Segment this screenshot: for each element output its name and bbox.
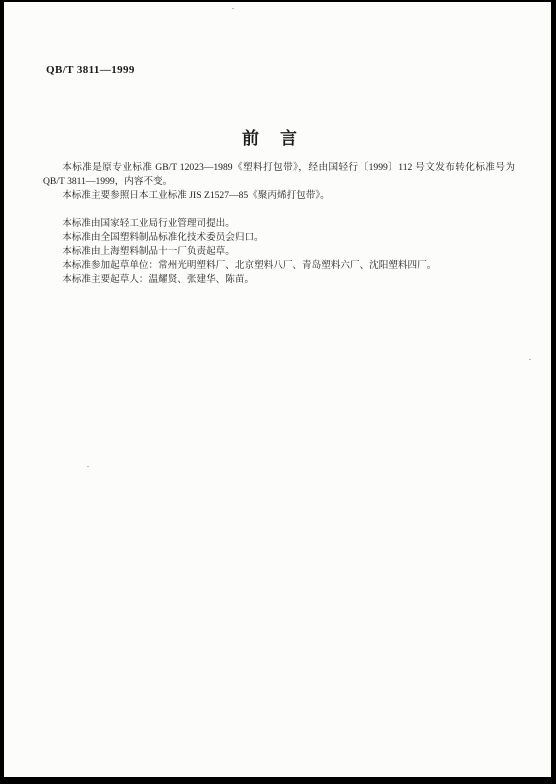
paragraph-centralized-by: 本标准由全国塑料制品标准化技术委员会归口。 — [43, 231, 515, 245]
paragraph-reference-note: 本标准主要参照日本工业标准 JIS Z1527—85《聚丙烯打包带》。 — [43, 189, 515, 203]
document-body: 本标准是原专业标准 GB/T 12023—1989《塑料打包带》，经由国轻行〔1… — [43, 161, 515, 287]
page-title: 前 言 — [4, 124, 537, 149]
paragraph-chief-drafters: 本标准主要起草人：温耀贤、张建华、陈苗。 — [43, 273, 515, 287]
scan-speck — [529, 359, 531, 360]
scan-speck — [87, 466, 89, 467]
scanned-document-page: QB/T 3811—1999 前 言 本标准是原专业标准 GB/T 12023—… — [4, 2, 551, 777]
scan-speck — [232, 8, 234, 9]
paragraph-participating-units: 本标准参加起草单位：常州光明塑料厂、北京塑料八厂、青岛塑料六厂、沈阳塑料四厂。 — [43, 259, 515, 273]
paragraph-origin-note: 本标准是原专业标准 GB/T 12023—1989《塑料打包带》，经由国轻行〔1… — [43, 161, 515, 189]
paragraph-drafted-by: 本标准由上海塑料制品十一厂负责起草。 — [43, 245, 515, 259]
standard-number: QB/T 3811—1999 — [46, 64, 135, 76]
paragraph-proposed-by: 本标准由国家轻工业局行业管理司提出。 — [43, 217, 515, 231]
